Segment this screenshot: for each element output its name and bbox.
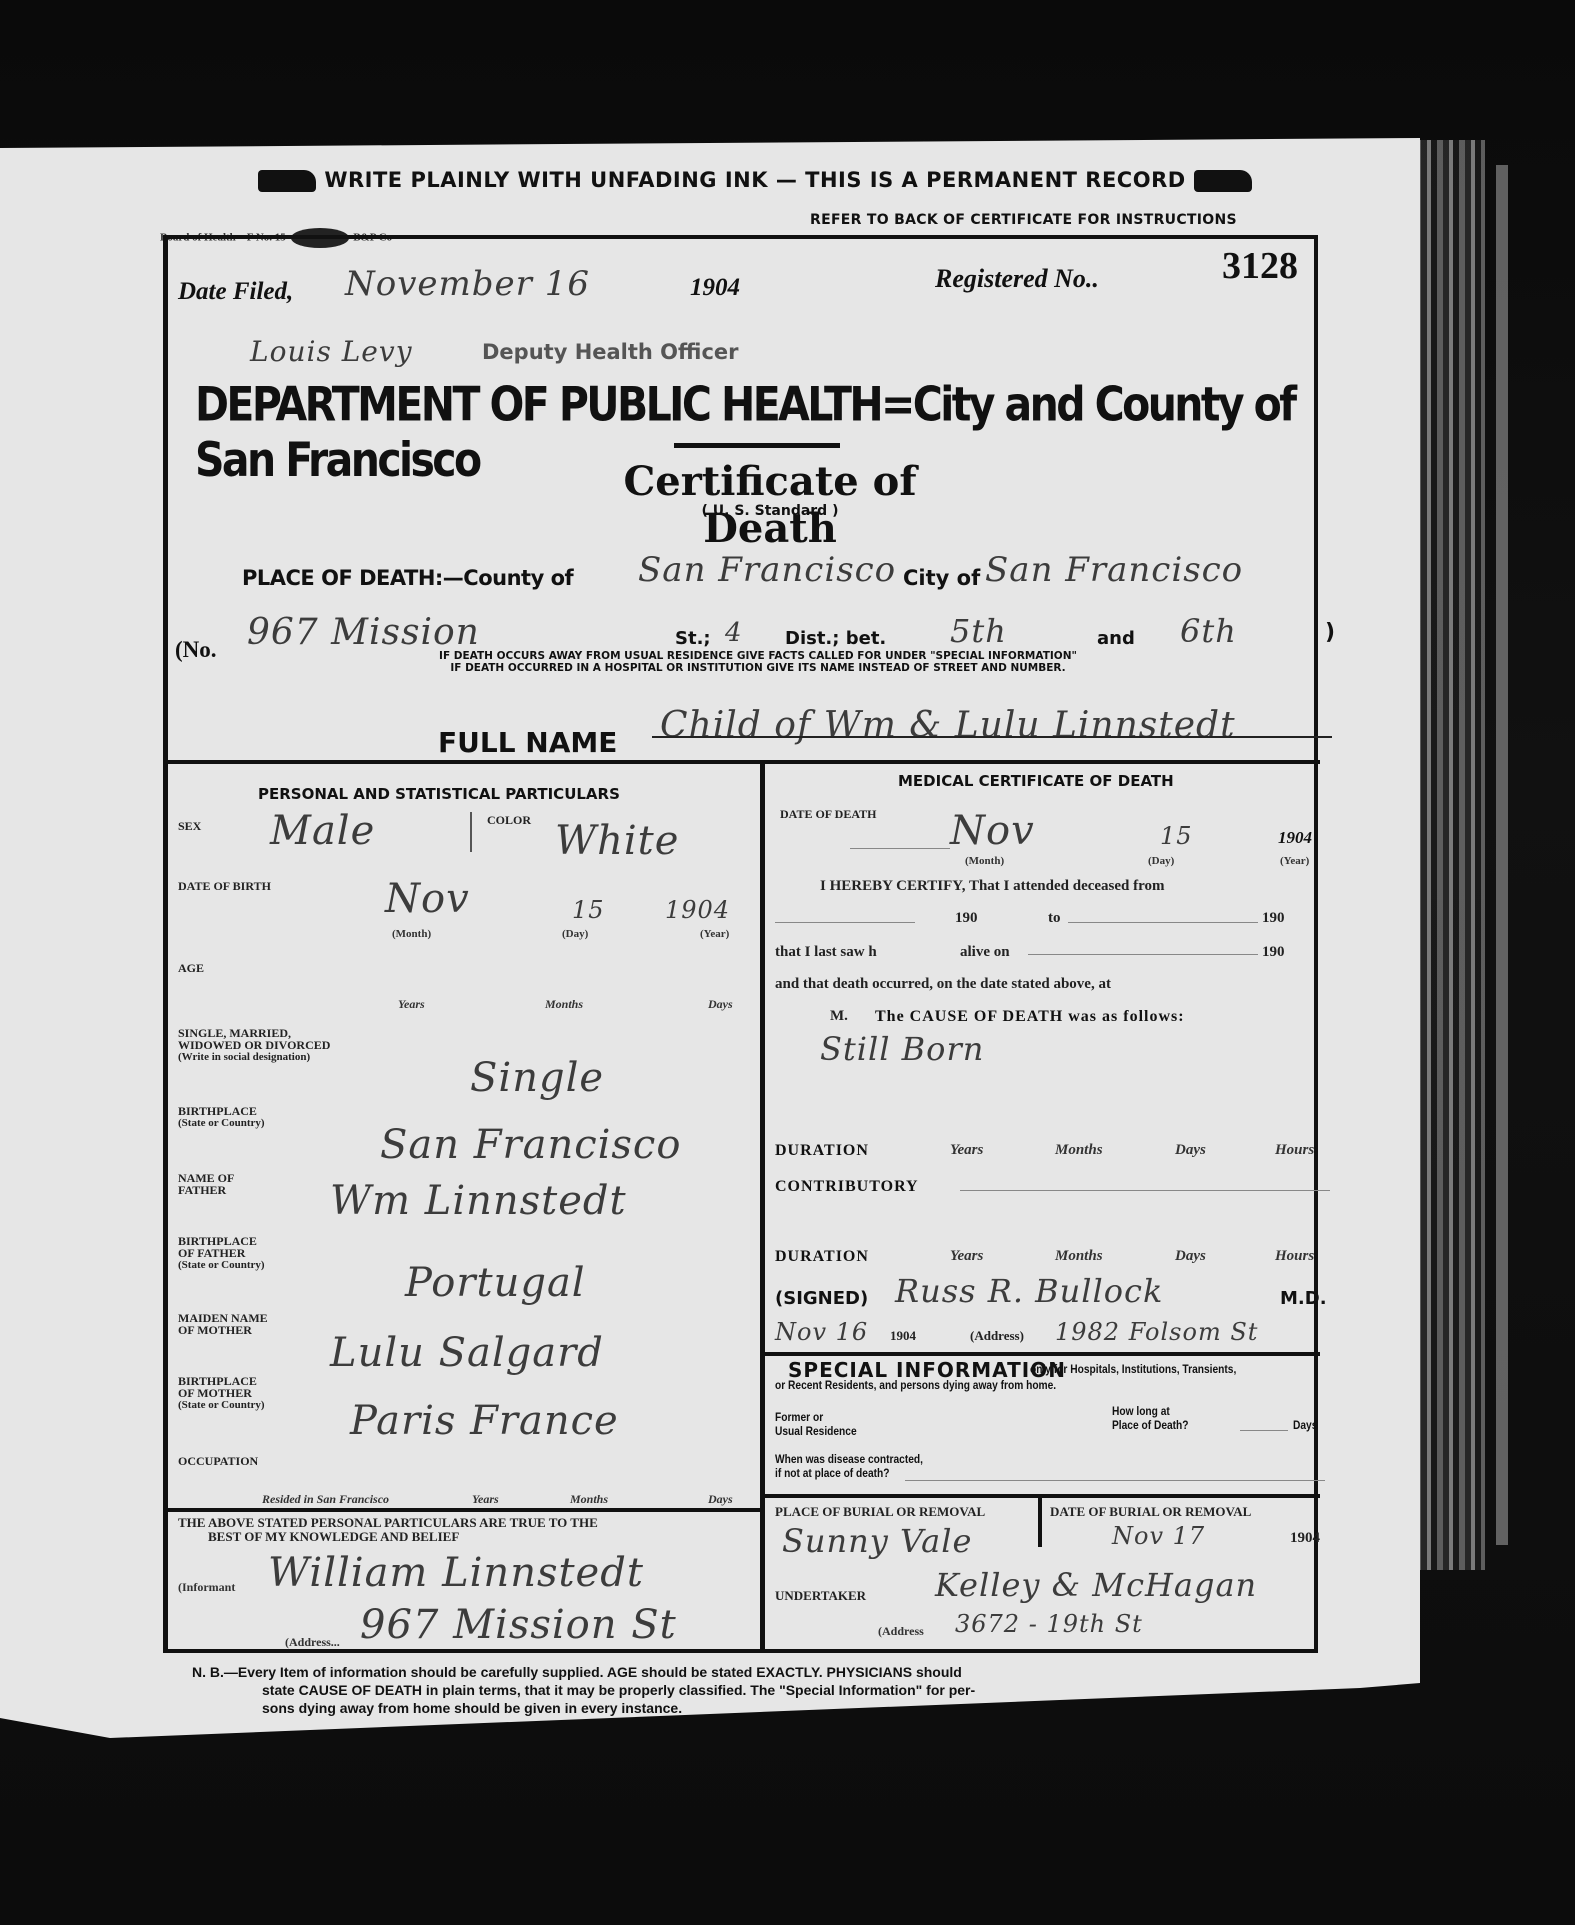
color-label: COLOR [487, 814, 531, 826]
resided-years: Years [472, 1492, 499, 1507]
pointing-hand-icon [1194, 170, 1252, 192]
undertaker-label: UNDERTAKER [775, 1590, 866, 1602]
burial-year: 1904 [1290, 1530, 1320, 1547]
dob-year: 1904 [665, 896, 730, 924]
burial-place-label: PLACE OF BURIAL OR REMOVAL [775, 1506, 985, 1518]
duration-years: Years [950, 1142, 983, 1159]
between-street-2: 6th [1180, 612, 1237, 650]
close-paren: ) [1325, 620, 1335, 645]
father-birthplace-value: Portugal [405, 1260, 586, 1306]
dod-year: 1904 [1278, 828, 1312, 848]
mother-birthplace-label: BIRTHPLACE OF MOTHER (State or Country) [178, 1375, 265, 1411]
sex-value: Male [270, 808, 375, 854]
dob-day-caption: (Day) [562, 928, 588, 940]
resided-months: Months [570, 1492, 608, 1507]
burial-date-value: Nov 17 [1112, 1522, 1205, 1550]
registered-number: 3128 [1222, 244, 1298, 288]
birthplace-value: San Francisco [380, 1122, 681, 1168]
title-divider [674, 443, 840, 448]
st-label: St.; [675, 628, 711, 649]
duration-months: Months [1055, 1142, 1103, 1159]
dod-month: Nov [950, 808, 1035, 854]
burial-column-divider [1038, 1497, 1042, 1547]
former-residence-label: Former or Usual Residence [775, 1410, 857, 1438]
father-birthplace-label: BIRTHPLACE OF FATHER (State or Country) [178, 1235, 265, 1271]
dod-label: DATE OF DEATH [780, 808, 876, 820]
footnote: N. B.—Every Item of information should b… [192, 1663, 1302, 1717]
duration2-label: DURATION [775, 1248, 869, 1266]
date-filed-year: 1904 [690, 274, 740, 302]
dob-month: Nov [385, 876, 470, 922]
street-value: 967 Mission [247, 612, 480, 653]
physician-address: 1982 Folsom St [1055, 1318, 1258, 1346]
between-street-1: 5th [950, 612, 1007, 650]
special-desc-1: only for Hospitals, Institutions, Transi… [1030, 1362, 1236, 1376]
personal-section-title: PERSONAL AND STATISTICAL PARTICULARS [258, 785, 620, 803]
last-saw-text: that I last saw h [775, 944, 877, 961]
dob-label: DATE OF BIRTH [178, 880, 271, 892]
street-number-label: (No. [175, 637, 217, 663]
duration2-months: Months [1055, 1248, 1103, 1265]
place-of-death-label: PLACE OF DEATH:—County of [242, 566, 573, 590]
medical-section-title: MEDICAL CERTIFICATE OF DEATH [898, 772, 1174, 790]
dob-year-caption: (Year) [700, 928, 729, 940]
informant-divider [165, 1508, 762, 1512]
informant-label: (Informant [178, 1580, 235, 1595]
from-rule [775, 922, 915, 923]
occurred-text: and that death occurred, on the date sta… [775, 976, 1111, 993]
deputy-label: Deputy Health Officer [482, 340, 739, 364]
duration2-hours: Hours [1275, 1248, 1314, 1265]
contributory-rule [960, 1190, 1330, 1191]
pointing-hand-icon [258, 170, 316, 192]
resided-days: Days [708, 1492, 733, 1507]
contributory-label: CONTRIBUTORY [775, 1178, 919, 1196]
duration-days: Days [1175, 1142, 1206, 1159]
mother-birthplace-value: Paris France [350, 1398, 619, 1444]
and-label: and [1097, 628, 1135, 649]
color-divider [470, 812, 472, 852]
to-rule [1068, 922, 1258, 923]
informant-value: William Linnstedt [268, 1550, 644, 1596]
registered-label: Registered No.. [935, 264, 1099, 294]
signed-year: 1904 [890, 1328, 916, 1344]
mother-value: Lulu Salgard [330, 1330, 604, 1376]
date-filed-value: November 16 [345, 264, 590, 304]
burial-date-label: DATE of BURIAL or REMOVAL [1050, 1506, 1251, 1518]
full-name-label: FULL NAME [438, 726, 617, 759]
undertaker-address-label: (Address [878, 1624, 924, 1639]
duration2-years: Years [950, 1248, 983, 1265]
affirmation-text: THE ABOVE STATED PERSONAL PARTICULARS AR… [178, 1516, 598, 1544]
marital-value: Single [470, 1055, 604, 1101]
dod-rule [850, 848, 950, 849]
dob-day: 15 [572, 896, 605, 924]
dod-year-caption: (Year) [1280, 855, 1309, 867]
full-name-value: Child of Wm & Lulu Linnstedt [660, 705, 1236, 746]
alive-year: 190 [1262, 944, 1285, 961]
cause-value: Still Born [820, 1030, 984, 1068]
duration-label: DURATION [775, 1142, 869, 1160]
informant-address-label: (Address... [285, 1635, 340, 1650]
mother-label: MAIDEN NAME OF MOTHER [178, 1312, 268, 1336]
how-long-label: How long at Place of Death? [1112, 1404, 1189, 1432]
alive-rule [1028, 954, 1258, 955]
deputy-signature: Louis Levy [250, 335, 413, 368]
signed-date: Nov 16 [775, 1318, 868, 1346]
special-desc-2: or Recent Residents, and persons dying a… [775, 1378, 1056, 1392]
special-divider [762, 1352, 1320, 1356]
signed-label: (SIGNED) [775, 1288, 868, 1309]
residence-instructions: IF DEATH OCCURS AWAY FROM USUAL RESIDENC… [318, 650, 1198, 674]
father-value: Wm Linnstedt [330, 1178, 627, 1224]
to-label: to [1048, 910, 1061, 927]
contracted-label: When was disease contracted, if not at p… [775, 1452, 923, 1480]
full-name-underline [652, 736, 1332, 738]
informant-address: 967 Mission St [360, 1602, 677, 1648]
dod-day-caption: (Day) [1148, 855, 1174, 867]
dod-day: 15 [1160, 822, 1193, 850]
undertaker-value: Kelley & McHagan [935, 1566, 1257, 1604]
age-label: AGE [178, 962, 204, 974]
how-long-rule [1240, 1430, 1288, 1431]
certificate-subtitle: ( U. S. Standard ) [560, 503, 980, 519]
from-year: 190 [955, 910, 978, 927]
age-months-caption: Months [545, 997, 583, 1012]
alive-on-text: alive on [960, 944, 1010, 961]
physician-signature: Russ R. Bullock [895, 1272, 1163, 1310]
ledger-page-edges [1415, 140, 1485, 1570]
duration-hours: Hours [1275, 1142, 1314, 1159]
certify-text: I HEREBY CERTIFY, That I attended deceas… [820, 878, 1165, 895]
resided-label: Resided in San Francisco [262, 1492, 389, 1507]
days-label: Days [1293, 1418, 1317, 1432]
column-divider [760, 762, 765, 1652]
dob-month-caption: (Month) [392, 928, 431, 940]
physician-address-label: (Address) [970, 1328, 1024, 1344]
city-value: San Francisco [985, 550, 1243, 590]
cause-label: The CAUSE OF DEATH was as follows: [875, 1008, 1185, 1026]
father-label: NAME OF FATHER [178, 1172, 234, 1196]
contracted-rule [905, 1480, 1325, 1481]
undertaker-address: 3672 - 19th St [955, 1610, 1143, 1638]
sex-label: SEX [178, 820, 201, 832]
color-value: White [555, 818, 679, 864]
ledger-page-edge-highlight [1496, 165, 1508, 1545]
age-years-caption: Years [398, 997, 425, 1012]
marital-label: SINGLE, MARRIED, WIDOWED OR DIVORCED (Wr… [178, 1027, 330, 1063]
occupation-label: OCCUPATION [178, 1455, 258, 1467]
birthplace-label: BIRTHPLACE (State or Country) [178, 1105, 265, 1129]
burial-place-value: Sunny Vale [782, 1522, 972, 1560]
to-year: 190 [1262, 910, 1285, 927]
date-filed-label: Date Filed, [178, 278, 293, 306]
md-label: M.D. [1280, 1288, 1327, 1309]
duration2-days: Days [1175, 1248, 1206, 1265]
county-value: San Francisco [638, 550, 896, 590]
m-label: M. [830, 1008, 848, 1025]
banner: WRITE PLAINLY WITH UNFADING INK — THIS I… [210, 168, 1300, 192]
district-value: 4 [725, 618, 743, 648]
refer-instructions: REFER TO BACK OF CERTIFICATE FOR INSTRUC… [810, 212, 1237, 228]
section-divider [165, 760, 1320, 764]
dod-month-caption: (Month) [965, 855, 1004, 867]
city-label: City of [903, 566, 980, 590]
district-label: Dist.; bet. [785, 628, 886, 649]
age-days-caption: Days [708, 997, 733, 1012]
